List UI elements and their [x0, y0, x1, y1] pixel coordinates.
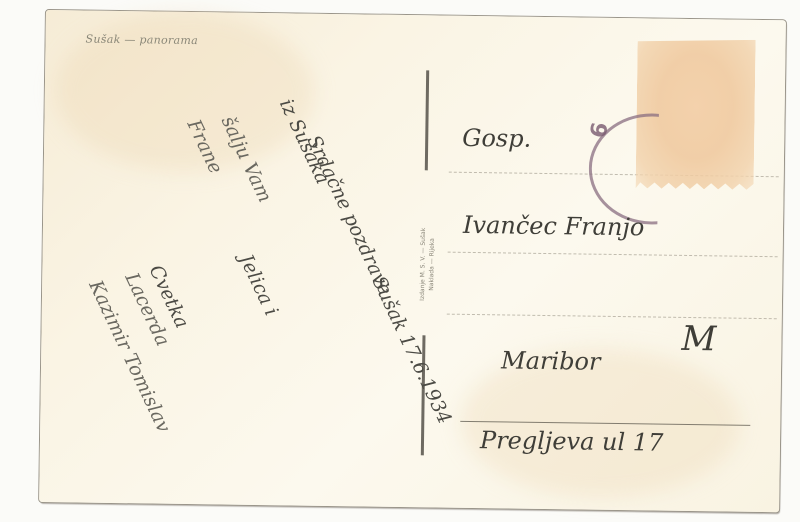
handwritten-line: Jelica i — [235, 251, 283, 319]
address-guide-line — [448, 252, 778, 259]
address-street: Pregljeva ul 17 — [480, 426, 664, 457]
address-city-note: M — [681, 319, 716, 359]
publisher-line: Naklada — Rijeka — [427, 209, 438, 319]
postcard: Sušak — panorama Izdanje M. S. V. — Suša… — [39, 10, 786, 512]
postmark-text: 6 — [586, 120, 613, 140]
printed-caption: Sušak — panorama — [86, 33, 199, 48]
address-guide-line — [447, 314, 777, 321]
address-salutation: Gosp. — [462, 124, 531, 153]
address-name: Ivančec Franjo — [463, 211, 645, 242]
address-city: Maribor — [501, 346, 601, 375]
publisher-imprint: Izdanje M. S. V. — Sušak Naklada — Rijek… — [418, 209, 438, 319]
divider-line — [425, 70, 429, 170]
